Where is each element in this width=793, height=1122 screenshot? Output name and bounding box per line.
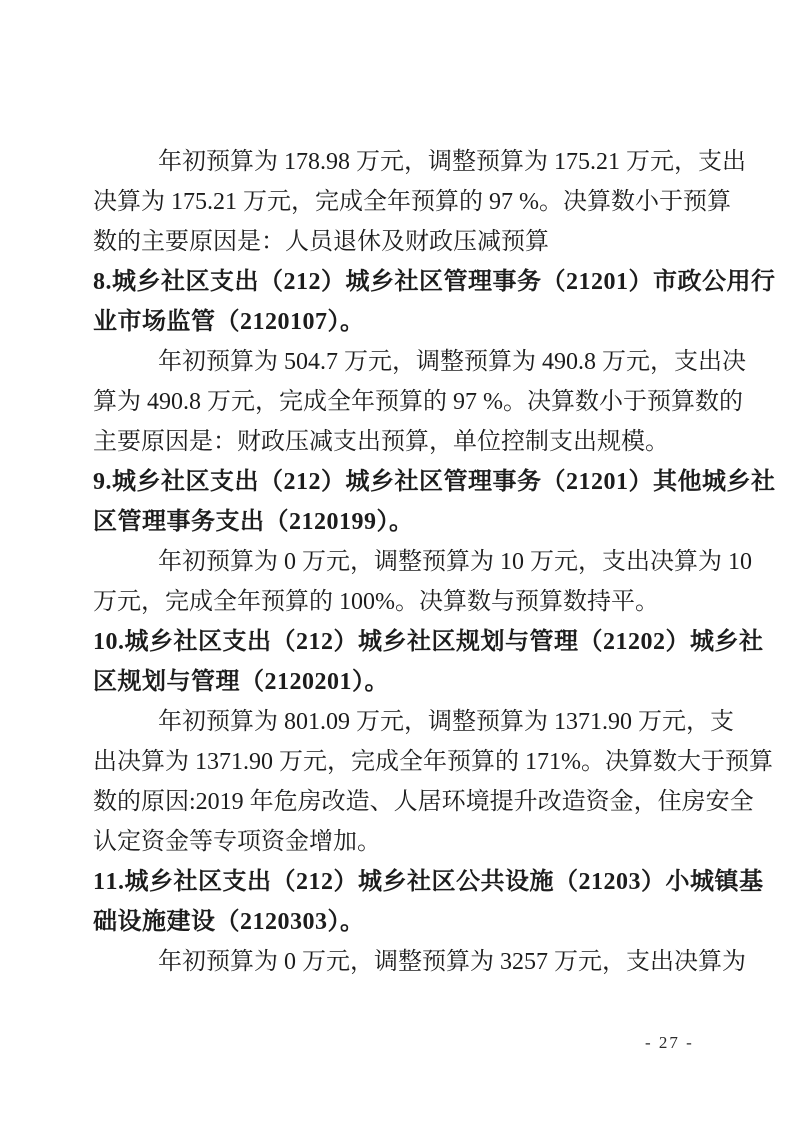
section-heading: 8.城乡社区支出（212）城乡社区管理事务（21201）市政公用行业市场监管（2… [93,262,710,342]
heading-line: 区规划与管理（2120201）。 [93,662,710,702]
heading-line: 础设施建设（2120303）。 [93,902,710,942]
text-line: 算为 490.8 万元，完成全年预算的 97 %。决算数小于预算数的 [93,382,710,422]
body-paragraph: 年初预算为 801.09 万元，调整预算为 1371.90 万元，支出决算为 1… [93,702,710,862]
heading-line: 9.城乡社区支出（212）城乡社区管理事务（21201）其他城乡社 [93,462,710,502]
body-paragraph: 年初预算为 504.7 万元，调整预算为 490.8 万元，支出决算为 490.… [93,342,710,462]
content-area: 年初预算为 178.98 万元，调整预算为 175.21 万元，支出决算为 17… [93,142,710,982]
heading-line: 8.城乡社区支出（212）城乡社区管理事务（21201）市政公用行 [93,262,710,302]
heading-line: 10.城乡社区支出（212）城乡社区规划与管理（21202）城乡社 [93,622,710,662]
body-paragraph: 年初预算为 178.98 万元，调整预算为 175.21 万元，支出决算为 17… [93,142,710,262]
heading-line: 区管理事务支出（2120199）。 [93,502,710,542]
section-heading: 11.城乡社区支出（212）城乡社区公共设施（21203）小城镇基础设施建设（2… [93,862,710,942]
text-line: 年初预算为 801.09 万元，调整预算为 1371.90 万元，支 [93,702,710,742]
text-line: 认定资金等专项资金增加。 [93,822,710,862]
text-line: 数的主要原因是：人员退休及财政压减预算 [93,222,710,262]
text-line: 万元，完成全年预算的 100%。决算数与预算数持平。 [93,582,710,622]
page-number: - 27 - [645,1032,694,1054]
text-line: 数的原因:2019 年危房改造、人居环境提升改造资金，住房安全 [93,782,710,822]
section-heading: 10.城乡社区支出（212）城乡社区规划与管理（21202）城乡社区规划与管理（… [93,622,710,702]
document-page: 年初预算为 178.98 万元，调整预算为 175.21 万元，支出决算为 17… [0,0,793,1122]
text-line: 年初预算为 504.7 万元，调整预算为 490.8 万元，支出决 [93,342,710,382]
text-line: 决算为 175.21 万元，完成全年预算的 97 %。决算数小于预算 [93,182,710,222]
text-line: 出决算为 1371.90 万元，完成全年预算的 171%。决算数大于预算 [93,742,710,782]
section-heading: 9.城乡社区支出（212）城乡社区管理事务（21201）其他城乡社区管理事务支出… [93,462,710,542]
text-line: 年初预算为 0 万元，调整预算为 10 万元，支出决算为 10 [93,542,710,582]
text-line: 年初预算为 0 万元，调整预算为 3257 万元，支出决算为 [93,942,710,982]
body-paragraph: 年初预算为 0 万元，调整预算为 10 万元，支出决算为 10万元，完成全年预算… [93,542,710,622]
heading-line: 业市场监管（2120107）。 [93,302,710,342]
text-line: 主要原因是：财政压减支出预算，单位控制支出规模。 [93,422,710,462]
body-paragraph: 年初预算为 0 万元，调整预算为 3257 万元，支出决算为 [93,942,710,982]
heading-line: 11.城乡社区支出（212）城乡社区公共设施（21203）小城镇基 [93,862,710,902]
text-line: 年初预算为 178.98 万元，调整预算为 175.21 万元，支出 [93,142,710,182]
